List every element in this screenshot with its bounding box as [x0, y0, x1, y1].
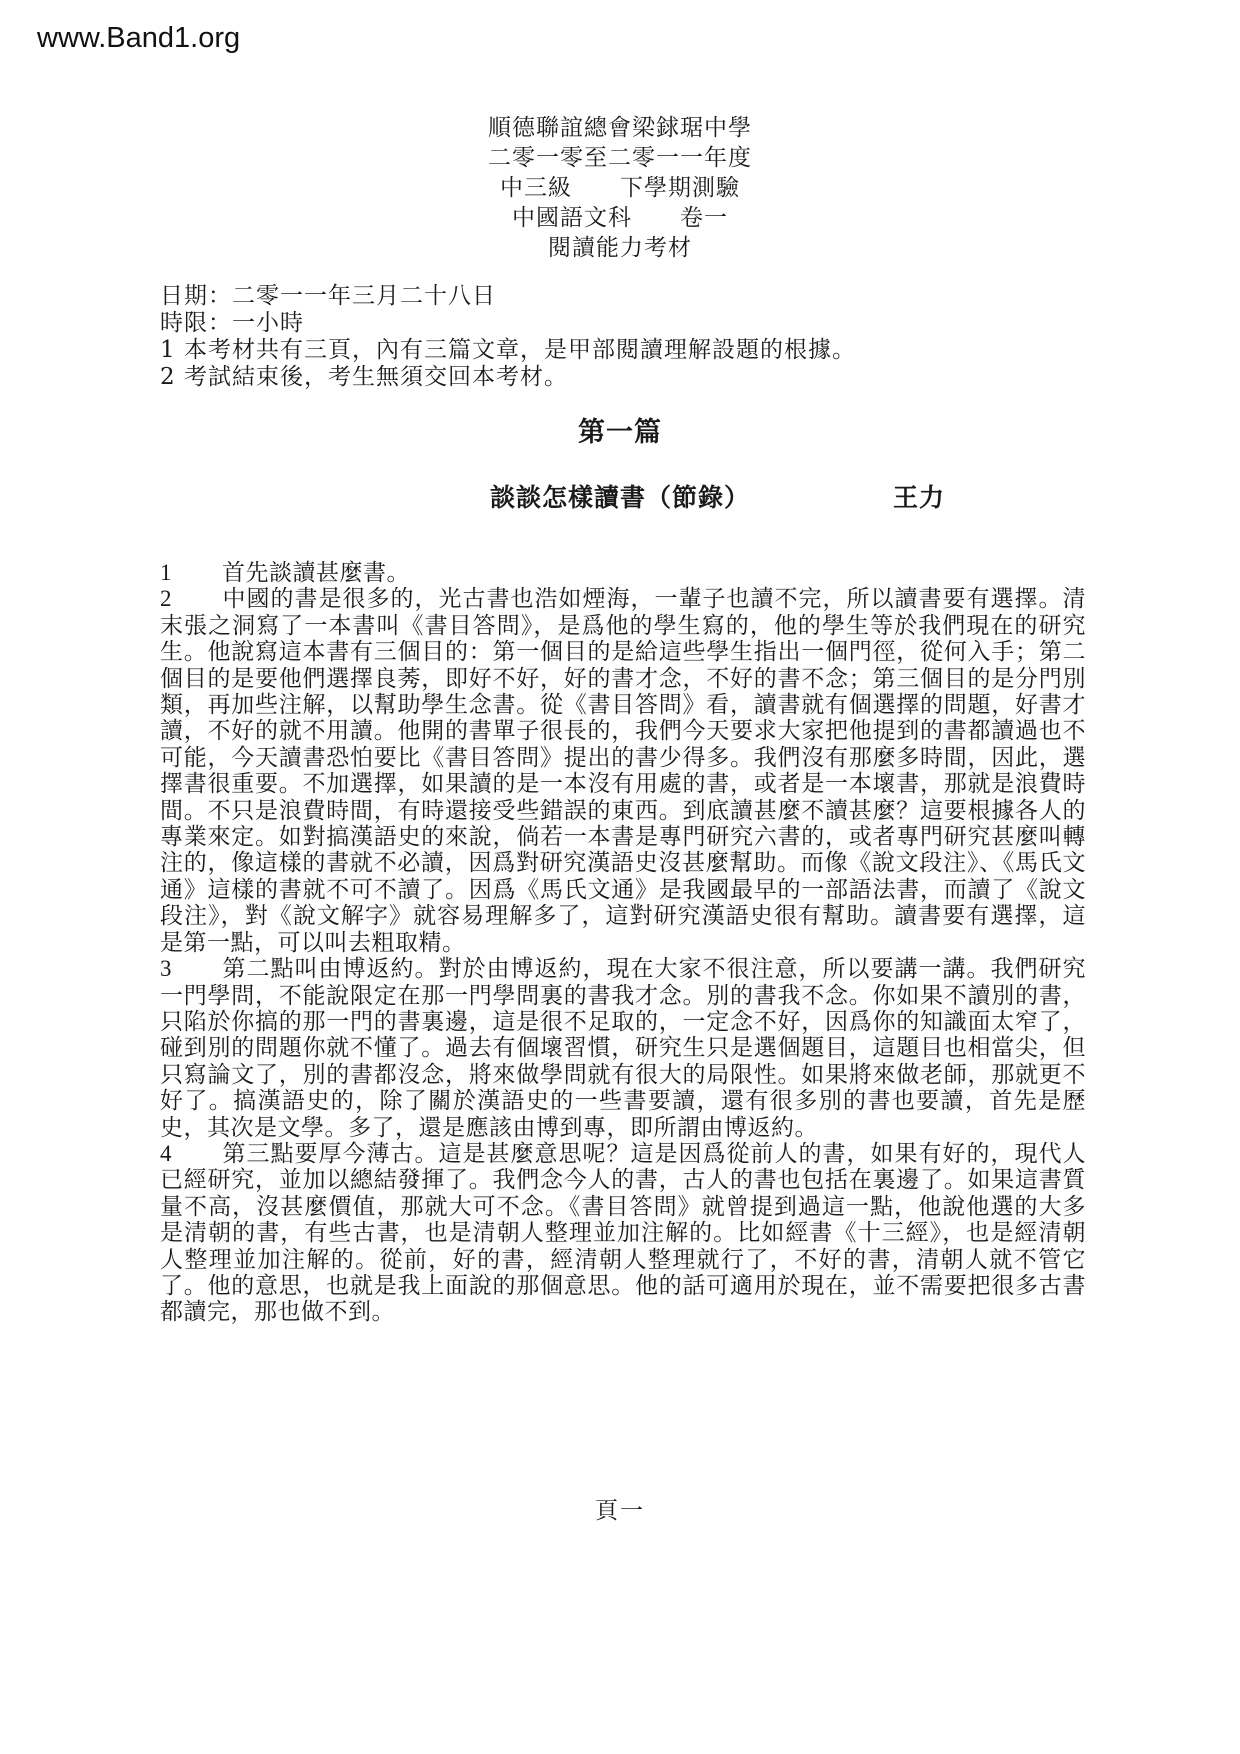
exam-header: 順德聯誼總會梁銶琚中學 二零一零至二零一一年度 中三級 下學期測驗 中國語文科 … — [0, 113, 1240, 263]
article-body: 1首先談讀甚麼書。 2中國的書是很多的，光古書也浩如煙海，一輩子也讀不完，所以讀… — [160, 560, 1086, 1326]
exam-date: 日期：二零一一年三月二十八日 — [160, 283, 1090, 310]
subject-and-paper: 中國語文科 卷一 — [0, 203, 1240, 233]
exam-paper-page: www.Band1.org 順德聯誼總會梁銶琚中學 二零一零至二零一一年度 中三… — [0, 0, 1240, 1754]
paragraph-3: 3第二點叫由博返約。對於由博返約，現在大家不很注意，所以要講一講。我們研究一門學… — [160, 956, 1086, 1141]
paragraph-text: 第三點要厚今薄古。這是甚麼意思呢？這是因爲從前人的書，如果有好的，現代人已經研究… — [160, 1141, 1086, 1325]
article-title-row: 談談怎樣讀書（節錄） 王力 — [0, 478, 1240, 512]
section-heading: 第一篇 — [0, 410, 1240, 449]
article-title: 談談怎樣讀書（節錄） — [0, 478, 1240, 514]
exam-note-1: 1 本考材共有三頁，內有三篇文章，是甲部閱讀理解設題的根據。 — [160, 337, 1090, 364]
school-year: 二零一零至二零一一年度 — [0, 143, 1240, 173]
paragraph-number: 4 — [160, 1141, 222, 1167]
grade-and-term: 中三級 下學期測驗 — [0, 173, 1240, 203]
paragraph-number: 3 — [160, 956, 222, 982]
exam-info: 日期：二零一一年三月二十八日 時限：一小時 1 本考材共有三頁，內有三篇文章，是… — [160, 283, 1090, 391]
article-author: 王力 — [893, 478, 945, 514]
school-name: 順德聯誼總會梁銶琚中學 — [0, 113, 1240, 143]
paragraph-number: 1 — [160, 560, 222, 586]
paragraph-4: 4第三點要厚今薄古。這是甚麼意思呢？這是因爲從前人的書，如果有好的，現代人已經研… — [160, 1141, 1086, 1326]
material-type: 閱讀能力考材 — [0, 233, 1240, 263]
page-number: 頁一 — [0, 1492, 1240, 1525]
paragraph-text: 首先談讀甚麼書。 — [222, 560, 410, 586]
exam-time-limit: 時限：一小時 — [160, 310, 1090, 337]
paragraph-text: 第二點叫由博返約。對於由博返約，現在大家不很注意，所以要講一講。我們研究一門學問… — [160, 956, 1086, 1140]
paragraph-1: 1首先談讀甚麼書。 — [160, 560, 1086, 586]
paragraph-number: 2 — [160, 586, 222, 612]
paragraph-text: 中國的書是很多的，光古書也浩如煙海，一輩子也讀不完，所以讀書要有選擇。清末張之洞… — [160, 586, 1086, 955]
site-watermark: www.Band1.org — [37, 22, 240, 55]
exam-note-2: 2 考試結束後，考生無須交回本考材。 — [160, 364, 1090, 391]
paragraph-2: 2中國的書是很多的，光古書也浩如煙海，一輩子也讀不完，所以讀書要有選擇。清末張之… — [160, 586, 1086, 956]
